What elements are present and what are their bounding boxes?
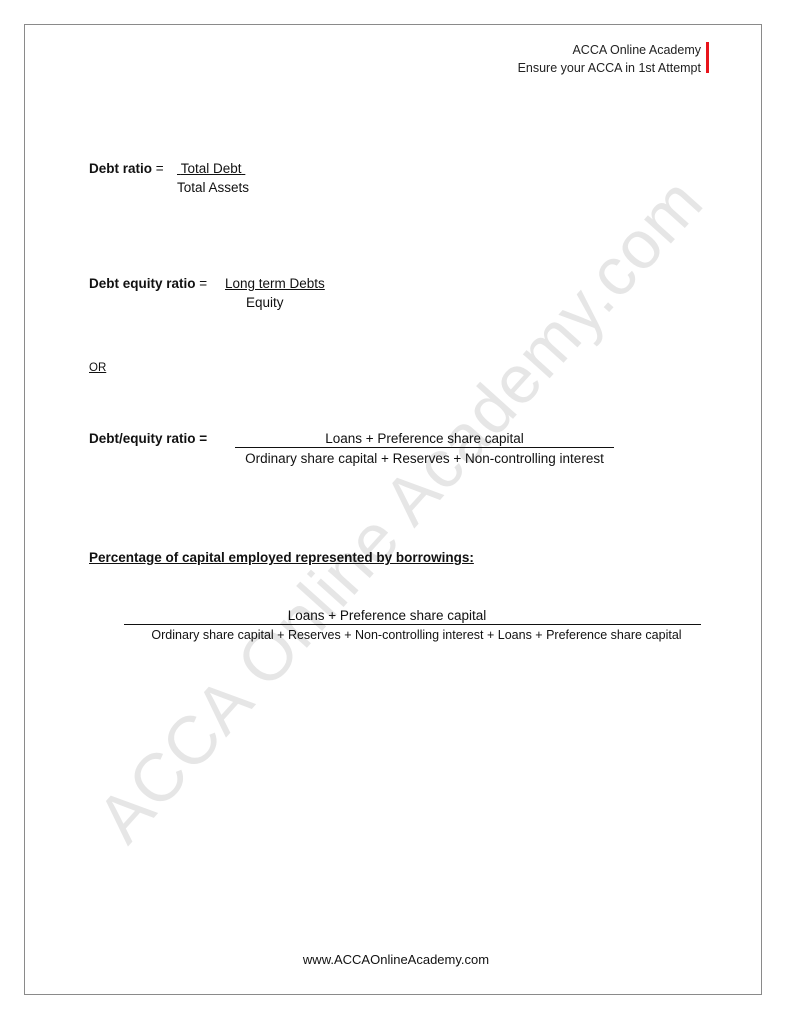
debt-ratio-label-group: Debt ratio = xyxy=(89,161,164,176)
debt-ratio-denominator: Total Assets xyxy=(177,180,249,195)
capital-employed-numerator: Loans + Preference share capital xyxy=(160,608,614,623)
debt-equity-ratio-numerator: Long term Debts xyxy=(225,276,325,291)
debt-equity-ratio-alt-denominator: Ordinary share capital + Reserves + Non-… xyxy=(234,451,615,466)
debt-equity-ratio-alt-fraction-line xyxy=(235,447,614,448)
capital-employed-fraction-line xyxy=(124,624,701,625)
debt-equity-ratio-label-group: Debt equity ratio = xyxy=(89,276,207,291)
debt-ratio-label: Debt ratio xyxy=(89,161,152,176)
debt-ratio-numerator: Total Debt xyxy=(177,161,245,176)
debt-equity-ratio-alt-numerator: Loans + Preference share capital xyxy=(235,431,614,446)
debt-equity-ratio-label: Debt equity ratio xyxy=(89,276,196,291)
debt-equity-ratio-denominator: Equity xyxy=(246,295,284,310)
debt-ratio-equals: = xyxy=(156,161,164,176)
or-text: OR xyxy=(89,362,106,374)
debt-equity-ratio-alt-label: Debt/equity ratio = xyxy=(89,431,207,446)
capital-employed-denominator: Ordinary share capital + Reserves + Non-… xyxy=(124,628,709,642)
capital-employed-heading: Percentage of capital employed represent… xyxy=(89,550,474,565)
debt-equity-ratio-equals: = xyxy=(199,276,207,291)
document-body: Debt ratio = Total Debt Total Assets Deb… xyxy=(0,0,792,1024)
